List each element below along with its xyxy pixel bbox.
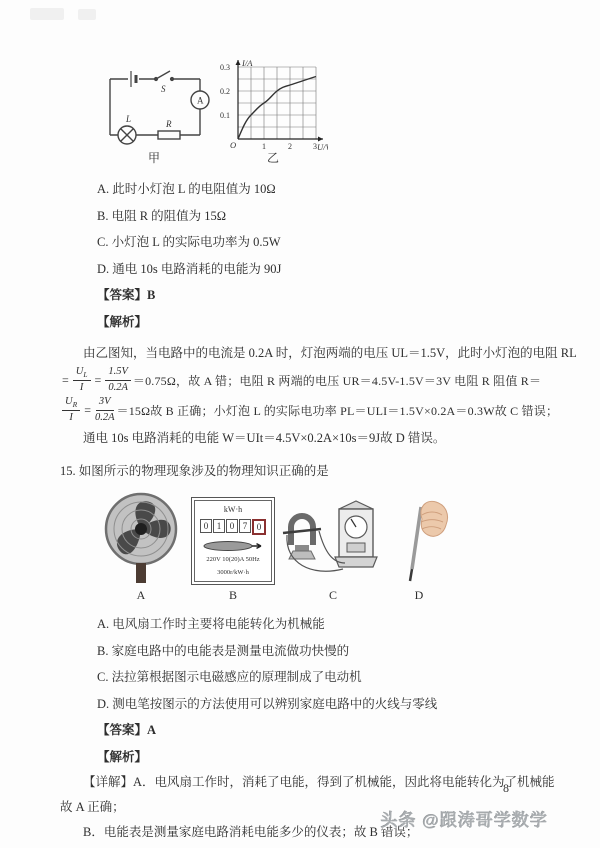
exp-line-2: = UL I = 1.5V 0.2A ＝0.75Ω，故 A 错；电阻 R 两端的… — [60, 365, 552, 395]
q15-option-c: C. 法拉第根据图示电磁感应的原理制成了电动机 — [97, 664, 552, 691]
meter-digit: 0 — [226, 519, 238, 533]
exp-line-3: UR I = 3V 0.2A ＝15Ω故 B 正确；小灯泡 L 的实际电功率 P… — [60, 395, 552, 425]
x-axis-label: U/V — [317, 142, 328, 152]
circuit-diagram-icon: S A L R — [98, 65, 210, 151]
q14-analysis-heading: 【解析】 — [97, 309, 552, 336]
q14-option-c: C. 小灯泡 L 的实际电功率为 0.5W — [97, 229, 552, 256]
hand-test-pen-icon — [388, 491, 450, 585]
exp-segment-1: ＝0.75Ω，故 A 错；电阻 R 两端的电压 UR＝4.5V-1.5V＝3V … — [133, 372, 541, 389]
q14-option-b: B. 电阻 R 的阻值为 15Ω — [97, 203, 552, 230]
frac-den: I — [80, 381, 84, 394]
q14-figure-row: S A L R 甲 — [98, 58, 552, 166]
exp-line-4: 通电 10s 电路消耗的电能 W＝UIt＝4.5V×0.2A×10s＝9J故 D… — [60, 425, 552, 451]
meter-disc-icon — [202, 540, 264, 552]
fan-figure: A — [96, 489, 186, 603]
q15-figure-row: A kW·h 0 1 0 7 0 — [96, 489, 552, 603]
induction-experiment-icon — [281, 493, 385, 585]
exp-line-1: 由乙图知，当电路中的电流是 0.2A 时，灯泡两端的电压 UL＝1.5V，此时小… — [60, 341, 552, 365]
iu-curve-chart: I/A 0.3 0.2 0.1 1 2 3 O U/V — [218, 55, 328, 157]
fraction-ul-over-i: UL I — [73, 366, 91, 394]
scan-noise — [78, 9, 96, 20]
document-page: S A L R 甲 — [0, 0, 600, 848]
watermark: 头条 @跟涛哥学数学 — [381, 806, 548, 831]
fraction-ur-over-i: UR I — [62, 396, 80, 424]
frac-den: 0.2A — [95, 411, 115, 424]
frac-num: 1.5V — [108, 366, 128, 377]
meter-spec2: 3000r/kW·h — [217, 569, 249, 576]
figure-label-c: C — [329, 588, 337, 603]
circuit-figure: S A L R 甲 — [98, 65, 210, 166]
ytick-02: 0.2 — [220, 87, 230, 96]
q15-title: 15. 如图所示的物理现象涉及的物理知识正确的是 — [60, 459, 552, 483]
energy-meter: kW·h 0 1 0 7 0 220V 10(20)A 50Hz — [191, 497, 275, 585]
figure-label-d: D — [415, 588, 424, 603]
fraction-3v-over-02a: 3V 0.2A — [95, 396, 115, 424]
y-axis-label: I/A — [241, 58, 253, 68]
ytick-01: 0.1 — [220, 111, 230, 120]
scan-noise — [30, 8, 64, 20]
exp-segment-2: ＝15Ω故 B 正确；小灯泡 L 的实际电功率 PL＝ULI＝1.5V×0.2A… — [117, 402, 559, 419]
equals-sign: = — [62, 373, 69, 388]
induction-figure: C — [280, 493, 386, 603]
xtick-2: 2 — [288, 142, 292, 151]
meter-digit: 0 — [200, 519, 212, 533]
equals-sign: = — [84, 403, 91, 418]
xtick-1: 1 — [262, 142, 266, 151]
meter-digit-last: 0 — [252, 519, 266, 535]
ytick-03: 0.3 — [220, 63, 230, 72]
page-number: 8 — [503, 781, 509, 796]
fraction-15v-over-02a: 1.5V 0.2A — [105, 366, 131, 394]
q15-analysis-heading: 【解析】 — [97, 744, 552, 771]
equals-sign: = — [95, 373, 102, 388]
q15-option-b: B. 家庭电路中的电能表是测量电流做功快慢的 — [97, 638, 552, 665]
electric-fan-icon — [100, 489, 182, 585]
q14-explanation: 由乙图知，当电路中的电流是 0.2A 时，灯泡两端的电压 UL＝1.5V，此时小… — [60, 341, 552, 451]
lamp-label: L — [125, 114, 131, 124]
circuit-caption: 甲 — [148, 149, 160, 166]
frac-den: I — [69, 411, 73, 424]
frac-sub: R — [73, 400, 78, 409]
meter-digit: 7 — [239, 519, 251, 533]
origin-label: O — [230, 140, 236, 150]
graph-figure: I/A 0.3 0.2 0.1 1 2 3 O U/V 乙 — [218, 55, 328, 166]
q14-answer: 【答案】B — [97, 282, 552, 309]
graph-caption: 乙 — [267, 149, 279, 166]
frac-num: 3V — [99, 396, 111, 407]
switch-label: S — [161, 84, 166, 94]
frac-sub: L — [83, 370, 87, 379]
frac-den: 0.2A — [108, 381, 128, 394]
q14-option-a: A. 此时小灯泡 L 的电阻值为 10Ω — [97, 176, 552, 203]
meter-unit: kW·h — [224, 506, 242, 514]
meter-figure: kW·h 0 1 0 7 0 220V 10(20)A 50Hz — [186, 497, 280, 603]
frac-num: U — [65, 396, 73, 407]
meter-digits: 0 1 0 7 0 — [200, 519, 266, 535]
detail-line-1: 【详解】A．电风扇工作时，消耗了电能，得到了机械能，因此将电能转化为了机械能 — [60, 770, 552, 795]
resistor-label: R — [165, 119, 172, 129]
figure-label-a: A — [137, 588, 146, 603]
q15-option-a: A. 电风扇工作时主要将电能转化为机械能 — [97, 611, 552, 638]
q15-option-d: D. 测电笔按图示的方法使用可以辨别家庭电路中的火线与零线 — [97, 691, 552, 718]
ammeter-label: A — [197, 96, 204, 106]
q15-answer: 【答案】A — [97, 717, 552, 744]
testpen-figure: D — [386, 491, 452, 603]
meter-spec1: 220V 10(20)A 50Hz — [206, 556, 259, 563]
q14-option-d: D. 通电 10s 电路消耗的电能为 90J — [97, 256, 552, 283]
meter-digit: 1 — [213, 519, 225, 533]
figure-label-b: B — [229, 588, 237, 603]
